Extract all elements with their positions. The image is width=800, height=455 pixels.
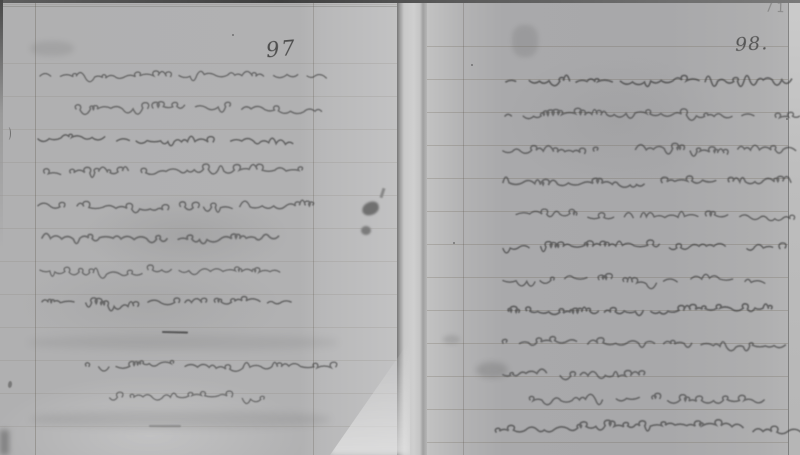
right-page-frame-line — [788, 0, 789, 455]
bleedthrough-smudge — [30, 411, 330, 428]
ink-speck — [786, 118, 788, 120]
right-page-edge-strip — [788, 0, 800, 455]
left-page-top-rule — [0, 6, 397, 7]
ink-blot — [361, 226, 371, 235]
ink-speck — [232, 34, 234, 36]
right-page-margin-line — [463, 0, 464, 455]
left-page — [0, 0, 397, 455]
right-page-number: 98. — [734, 32, 768, 56]
photo-left-edge — [0, 0, 3, 455]
bleedthrough-smudge — [30, 41, 74, 56]
bleedthrough-smudge — [28, 335, 338, 350]
ink-speck — [453, 242, 455, 244]
ink-speck — [471, 64, 473, 66]
pencil-smudge — [443, 335, 460, 344]
photo-top-edge — [0, 0, 800, 3]
left-page-right-frame-line — [313, 0, 314, 455]
right-page — [427, 0, 788, 455]
notebook-scan: 97 98. 71 அக்க : வேளம் : சுலமலவஆ முருகு … — [0, 0, 800, 455]
bleedthrough-smudge — [512, 25, 538, 57]
left-page-margin-line — [35, 0, 36, 455]
photo-corner-shadow — [0, 430, 9, 455]
left-page-number: 97 — [265, 36, 298, 63]
stray-paren-mark — [6, 127, 11, 140]
pencil-smudge — [476, 362, 508, 378]
